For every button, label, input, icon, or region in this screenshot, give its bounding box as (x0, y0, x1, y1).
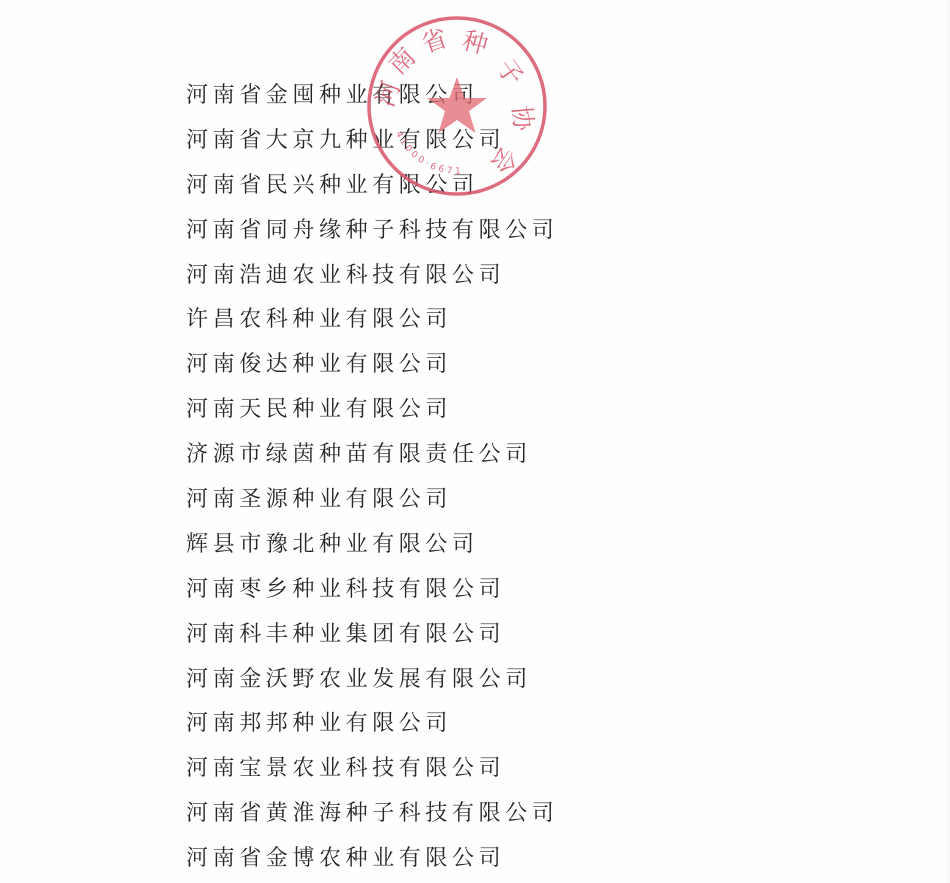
company-name: 河南天民种业有限公司 (186, 388, 558, 433)
company-name: 济源市绿茵种苗有限责任公司 (186, 433, 558, 478)
seal-char: 种 (459, 26, 491, 60)
company-name: 河南宝景农业科技有限公司 (186, 747, 558, 792)
company-name: 河南省金博农种业有限公司 (186, 837, 558, 882)
company-list: 河南省金囤种业有限公司 河南省大京九种业有限公司 河南省民兴种业有限公司 河南省… (186, 74, 558, 882)
document-page: 河南省金囤种业有限公司 河南省大京九种业有限公司 河南省民兴种业有限公司 河南省… (0, 0, 950, 883)
company-name: 辉县市豫北种业有限公司 (186, 523, 558, 568)
company-name: 河南邦邦种业有限公司 (186, 702, 558, 747)
page-edge (946, 0, 950, 883)
company-name: 河南省黄淮海种子科技有限公司 (186, 792, 558, 837)
company-name: 河南金沃野农业发展有限公司 (186, 658, 558, 703)
company-name: 河南枣乡种业科技有限公司 (186, 568, 558, 613)
seal-char: 省 (418, 23, 451, 58)
company-name: 河南圣源种业有限公司 (186, 478, 558, 523)
company-name: 河南浩迪农业科技有限公司 (186, 254, 558, 299)
company-name: 河南省同舟缘种子科技有限公司 (186, 209, 558, 254)
company-name: 河南俊达种业有限公司 (186, 343, 558, 388)
company-name: 河南科丰种业集团有限公司 (186, 613, 558, 658)
company-name: 河南省民兴种业有限公司 (186, 164, 558, 209)
company-name: 河南省金囤种业有限公司 (186, 74, 558, 119)
company-name: 河南省大京九种业有限公司 (186, 119, 558, 164)
company-name: 许昌农科种业有限公司 (186, 298, 558, 343)
